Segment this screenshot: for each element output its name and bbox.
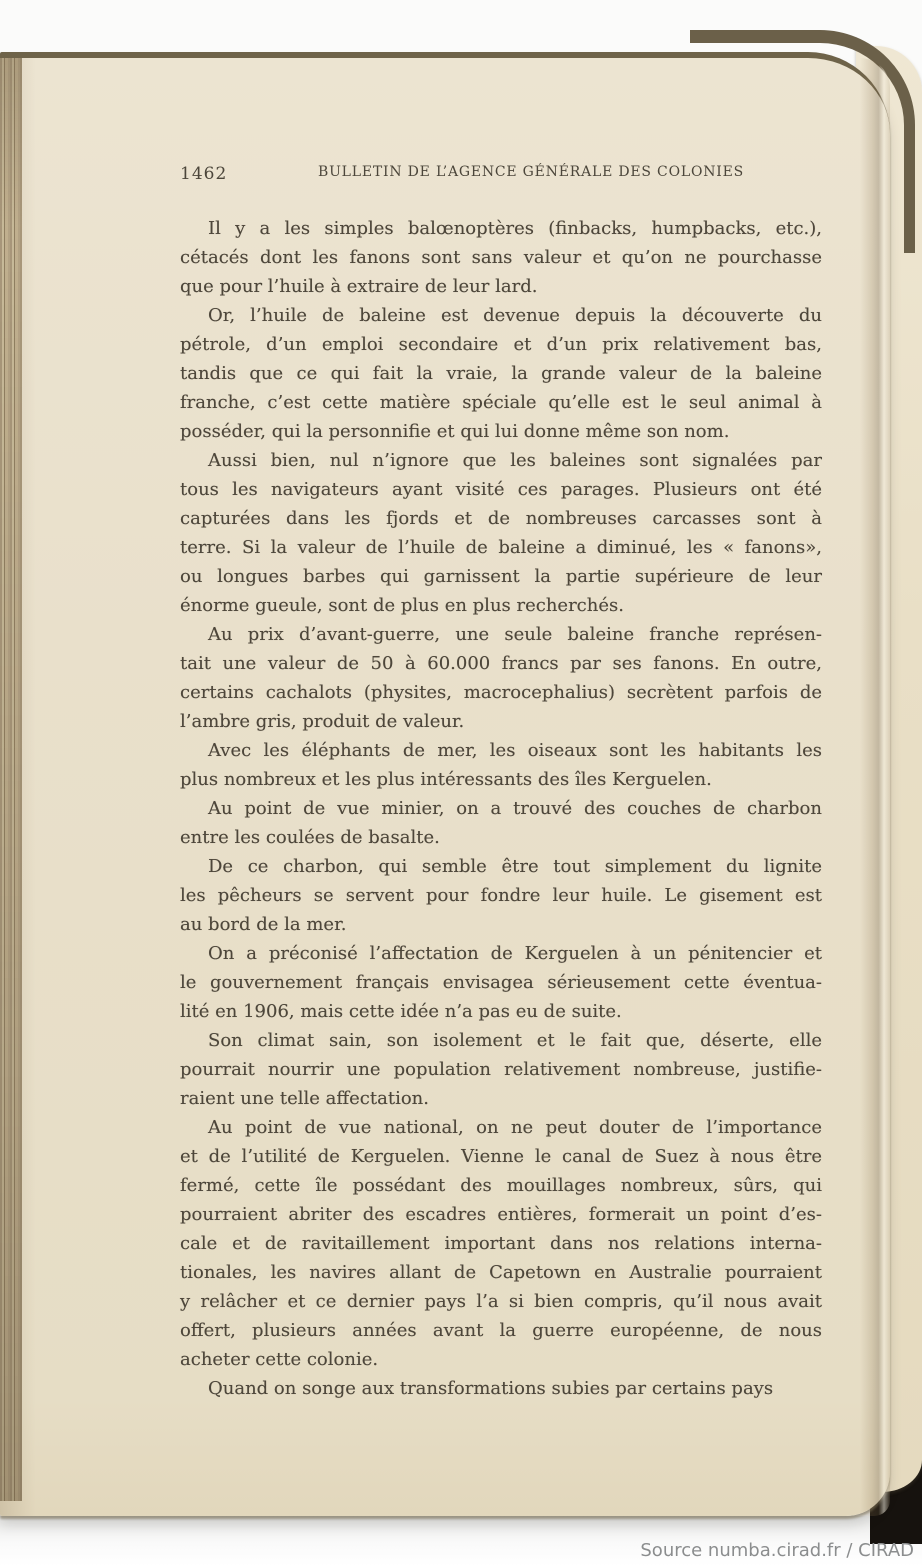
paragraph: Or, l’huile de baleine est devenue depui… xyxy=(180,301,822,446)
page-edge-stripes xyxy=(0,58,22,1501)
text-line: l’ambre gris, produit de valeur. xyxy=(180,707,822,736)
running-title: BULLETIN DE L’AGENCE GÉNÉRALE DES COLONI… xyxy=(180,164,822,180)
paragraph: De ce charbon, qui semble être tout simp… xyxy=(180,852,822,939)
text-line: tous les navigateurs ayant visité ces pa… xyxy=(180,475,822,504)
paragraph: Au prix d’avant-guerre, une seule balein… xyxy=(180,620,822,736)
text-line: acheter cette colonie. xyxy=(180,1345,822,1374)
paragraph: Avec les éléphants de mer, les oiseaux s… xyxy=(180,736,822,794)
text-line: Avec les éléphants de mer, les oiseaux s… xyxy=(180,736,822,765)
text-line: posséder, qui la personnifie et qui lui … xyxy=(180,417,822,446)
paragraph: Son climat sain, son isolement et le fai… xyxy=(180,1026,822,1113)
text-line: terre. Si la valeur de l’huile de balein… xyxy=(180,533,822,562)
text-line: énorme gueule, sont de plus en plus rech… xyxy=(180,591,822,620)
text-line: Son climat sain, son isolement et le fai… xyxy=(180,1026,822,1055)
text-line: et de l’utilité de Kerguelen. Vienne le … xyxy=(180,1142,822,1171)
text-line: cale et de ravitaillement important dans… xyxy=(180,1229,822,1258)
text-line: On a préconisé l’affectation de Kerguele… xyxy=(180,939,822,968)
text-line: certains cachalots (physites, macrocepha… xyxy=(180,678,822,707)
paragraph: Au point de vue minier, on a trouvé des … xyxy=(180,794,822,852)
text-line: que pour l’huile à extraire de leur lard… xyxy=(180,272,822,301)
text-line: capturées dans les fjords et de nombreus… xyxy=(180,504,822,533)
paragraph: On a préconisé l’affectation de Kerguele… xyxy=(180,939,822,1026)
text-line: le gouvernement français envisagea série… xyxy=(180,968,822,997)
source-attribution: Source numba.cirad.fr / CIRAD xyxy=(640,1540,914,1561)
text-line: Au point de vue minier, on a trouvé des … xyxy=(180,794,822,823)
text-line: De ce charbon, qui semble être tout simp… xyxy=(180,852,822,881)
paragraph: Aussi bien, nul n’ignore que les baleine… xyxy=(180,446,822,620)
page-header: 1462 BULLETIN DE L’AGENCE GÉNÉRALE DES C… xyxy=(180,164,822,188)
text-line: ou longues barbes qui garnissent la part… xyxy=(180,562,822,591)
text-line: au bord de la mer. xyxy=(180,910,822,939)
text-line: pourrait nourrir une population relative… xyxy=(180,1055,822,1084)
paragraph: Au point de vue national, on ne peut dou… xyxy=(180,1113,822,1374)
text-line: plus nombreux et les plus intéressants d… xyxy=(180,765,822,794)
text-line: raient une telle affectation. xyxy=(180,1084,822,1113)
text-line: pourraient abriter des escadres entières… xyxy=(180,1200,822,1229)
page-text: Il y a les simples balœnoptères (finback… xyxy=(180,214,822,1403)
text-line: tandis que ce qui fait la vraie, la gran… xyxy=(180,359,822,388)
page-number: 1462 xyxy=(180,164,227,184)
text-line: cétacés dont les fanons sont sans valeur… xyxy=(180,243,822,272)
text-line: tionales, les navires allant de Capetown… xyxy=(180,1258,822,1287)
text-line: Aussi bien, nul n’ignore que les baleine… xyxy=(180,446,822,475)
text-line: entre les coulées de basalte. xyxy=(180,823,822,852)
text-line: franche, c’est cette matière spéciale qu… xyxy=(180,388,822,417)
text-line: Au point de vue national, on ne peut dou… xyxy=(180,1113,822,1142)
text-line: Au prix d’avant-guerre, une seule balein… xyxy=(180,620,822,649)
paragraph: Il y a les simples balœnoptères (finback… xyxy=(180,214,822,301)
text-line: lité en 1906, mais cette idée n’a pas eu… xyxy=(180,997,822,1026)
text-line: les pêcheurs se servent pour fondre leur… xyxy=(180,881,822,910)
page-fold-shadow xyxy=(860,58,890,1516)
scanned-book-view: 1462 BULLETIN DE L’AGENCE GÉNÉRALE DES C… xyxy=(0,0,922,1566)
text-line: Or, l’huile de baleine est devenue depui… xyxy=(180,301,822,330)
text-line: Quand on songe aux transformations subie… xyxy=(180,1374,822,1403)
text-line: pétrole, d’un emploi secondaire et d’un … xyxy=(180,330,822,359)
text-line: Il y a les simples balœnoptères (finback… xyxy=(180,214,822,243)
text-line: fermé, cette île possédant des mouillage… xyxy=(180,1171,822,1200)
text-line: tait une valeur de 50 à 60.000 francs pa… xyxy=(180,649,822,678)
paragraph: Quand on songe aux transformations subie… xyxy=(180,1374,822,1403)
book-page: 1462 BULLETIN DE L’AGENCE GÉNÉRALE DES C… xyxy=(0,52,890,1516)
text-line: y relâcher et ce dernier pays l’a si bie… xyxy=(180,1287,822,1316)
text-line: offert, plusieurs années avant la guerre… xyxy=(180,1316,822,1345)
